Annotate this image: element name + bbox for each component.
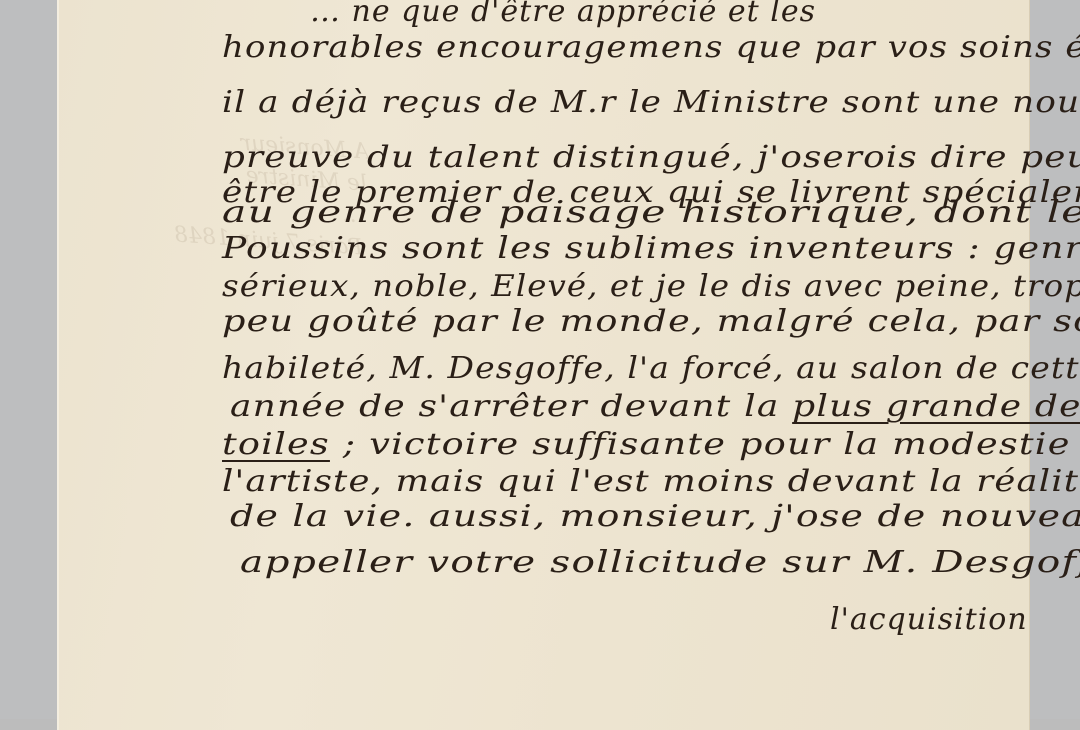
letter-line-10: année de s'arrêter devant la plus grande… xyxy=(230,389,1080,424)
letter-line-11: toiles ; victoire suffisante pour la mod… xyxy=(222,427,1080,462)
letter-line-5: au genre de paisage historique, dont les xyxy=(222,195,1080,230)
letter-line-8: peu goûté par le monde, malgré cela, par… xyxy=(222,304,1080,339)
letter-line-13: de la vie. aussi, monsieur, j'ose de nou… xyxy=(230,499,1080,534)
line-10-text: année de s'arrêter devant la xyxy=(230,389,792,424)
letter-line-0: … ne que d'être apprécié et les xyxy=(310,0,816,29)
letter-line-9: habileté, M. Desgoffe, l'a forcé, au sal… xyxy=(222,351,1080,386)
underlined-word: toiles xyxy=(222,427,330,462)
letter-line-1: honorables encouragemens que par vos soi… xyxy=(222,30,1080,65)
letter-line-3: preuve du talent distingué, j'oserois di… xyxy=(222,140,1080,175)
line-11-text: ; victoire suffisante pour la modestie d… xyxy=(330,427,1080,462)
letter-line-6: Poussins sont les sublimes inventeurs : … xyxy=(222,231,1080,266)
letter-line-14: appeller votre sollicitude sur M. Desgof… xyxy=(240,545,1080,580)
underlined-phrase: plus grande de ses xyxy=(792,389,1080,424)
letter-line-7: sérieux, noble, Elevé, et je le dis avec… xyxy=(222,269,1080,304)
letter-line-2: il a déjà reçus de M.r le Ministre sont … xyxy=(222,85,1080,120)
letter-line-15: l'acquisition xyxy=(830,602,1028,637)
letter-line-12: l'artiste, mais qui l'est moins devant l… xyxy=(222,464,1080,499)
